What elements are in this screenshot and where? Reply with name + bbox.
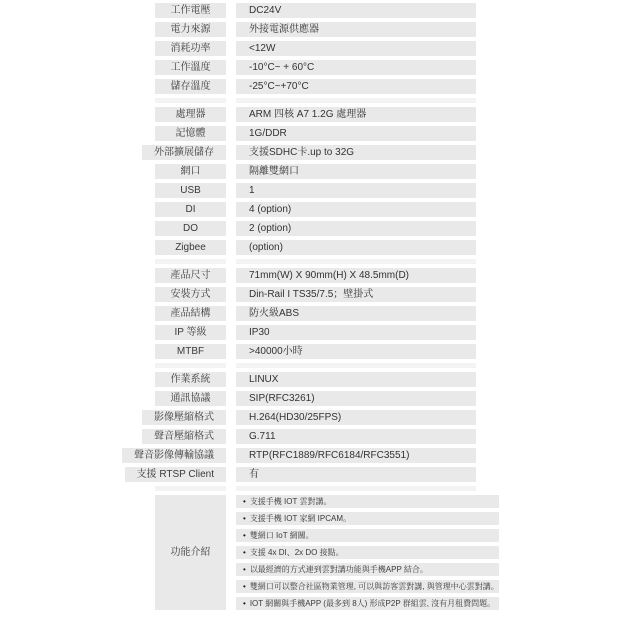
spec-row: MTBF>40000小時 <box>122 344 476 359</box>
spec-value: 2 (option) <box>236 221 476 236</box>
spec-value: Din-Rail I TS35/7.5；壁掛式 <box>236 287 476 302</box>
spec-value: SIP(RFC3261) <box>236 391 476 406</box>
section-divider-row <box>122 363 476 368</box>
spec-row: 作業系統LINUX <box>122 372 476 387</box>
spec-label: 產品尺寸 <box>155 268 226 283</box>
spec-row: Zigbee(option) <box>122 240 476 255</box>
spec-value: H.264(HD30/25FPS) <box>236 410 476 425</box>
spec-value: (option) <box>236 240 476 255</box>
spec-row: 聲音壓縮格式G.711 <box>122 429 476 444</box>
spec-label <box>155 98 226 103</box>
spec-value <box>236 98 476 103</box>
spec-row: DO2 (option) <box>122 221 476 236</box>
spec-row: 記憶體1G/DDR <box>122 126 476 141</box>
spec-value: 支援SDHC卡.up to 32G <box>236 145 476 160</box>
feature-bullet-text: 支援手機 IOT 家網 IPCAM。 <box>250 512 351 525</box>
spec-value: 防火級ABS <box>236 306 476 321</box>
spec-label <box>155 259 226 264</box>
spec-label-column <box>122 259 226 264</box>
spec-label-column: DI <box>122 202 226 217</box>
spec-row: 外部擴展儲存支援SDHC卡.up to 32G <box>122 145 476 160</box>
spec-label-column: 作業系統 <box>122 372 226 387</box>
bullet-icon: • <box>243 529 246 542</box>
spec-label-column: 產品結構 <box>122 306 226 321</box>
spec-label: 網口 <box>155 164 226 179</box>
features-row: 功能介紹•支援手機 IOT 雲對講。•支援手機 IOT 家網 IPCAM。•雙網… <box>122 495 476 610</box>
spec-label: USB <box>155 183 226 198</box>
spec-value: -25°C~+70°C <box>236 79 476 94</box>
spec-value <box>236 363 476 368</box>
spec-value <box>236 486 476 491</box>
spec-label: IP 等級 <box>155 325 226 340</box>
spec-row: 通訊協議SIP(RFC3261) <box>122 391 476 406</box>
feature-bullet: •IOT 網關與手機APP (最多到 8人) 形成P2P 群組雲, 沒有月租費問… <box>236 597 499 610</box>
section-divider-row <box>122 98 476 103</box>
spec-label-column <box>122 98 226 103</box>
spec-label-column: 聲音壓縮格式 <box>122 429 226 444</box>
spec-label-column: 產品尺寸 <box>122 268 226 283</box>
features-bullet-list: •支援手機 IOT 雲對講。•支援手機 IOT 家網 IPCAM。•雙網口 Io… <box>236 495 499 610</box>
spec-row: 安裝方式Din-Rail I TS35/7.5；壁掛式 <box>122 287 476 302</box>
feature-bullet: •支援手機 IOT 家網 IPCAM。 <box>236 512 499 525</box>
spec-row: 網口隔離雙網口 <box>122 164 476 179</box>
spec-label: 聲音影像傳輸協議 <box>122 448 226 463</box>
spec-value: RTP(RFC1889/RFC6184/RFC3551) <box>236 448 476 463</box>
spec-label-column: 儲存溫度 <box>122 79 226 94</box>
spec-value: ARM 四核 A7 1.2G 處理器 <box>236 107 476 122</box>
spec-label: 處理器 <box>155 107 226 122</box>
spec-label-column: 影像壓縮格式 <box>122 410 226 425</box>
spec-label: MTBF <box>155 344 226 359</box>
spec-label: 記憶體 <box>155 126 226 141</box>
spec-value <box>236 259 476 264</box>
spec-label-column: 支援 RTSP Client <box>122 467 226 482</box>
spec-label: 作業系統 <box>155 372 226 387</box>
spec-label-column <box>122 486 226 491</box>
spec-row: 處理器ARM 四核 A7 1.2G 處理器 <box>122 107 476 122</box>
spec-row: 電力來源外接電源供應器 <box>122 22 476 37</box>
spec-value: 4 (option) <box>236 202 476 217</box>
spec-label-column: 處理器 <box>122 107 226 122</box>
spec-label-column: DO <box>122 221 226 236</box>
spec-label-column: 安裝方式 <box>122 287 226 302</box>
spec-label-column: Zigbee <box>122 240 226 255</box>
features-label: 功能介紹 <box>155 495 226 610</box>
spec-row: IP 等級IP30 <box>122 325 476 340</box>
spec-label: Zigbee <box>155 240 226 255</box>
spec-value: <12W <box>236 41 476 56</box>
spec-value: 有 <box>236 467 476 482</box>
spec-value: 71mm(W) X 90mm(H) X 48.5mm(D) <box>236 268 476 283</box>
spec-label: 工作電壓 <box>155 3 226 18</box>
feature-bullet-text: 支援手機 IOT 雲對講。 <box>250 495 332 508</box>
spec-label: 通訊協議 <box>155 391 226 406</box>
bullet-icon: • <box>243 563 246 576</box>
feature-bullet-text: 雙網口可以整合社區物業管理, 可以與訪客雲對講, 與管理中心雲對講。 <box>250 580 499 593</box>
spec-label-column: IP 等級 <box>122 325 226 340</box>
spec-value: DC24V <box>236 3 476 18</box>
spec-label: 安裝方式 <box>155 287 226 302</box>
bullet-icon: • <box>243 512 246 525</box>
spec-label-column: 聲音影像傳輸協議 <box>122 448 226 463</box>
bullet-icon: • <box>243 580 246 593</box>
spec-label: DI <box>155 202 226 217</box>
spec-label-column: 電力來源 <box>122 22 226 37</box>
feature-bullet: •支援 4x DI、2x DO 接點。 <box>236 546 499 559</box>
spec-table: 工作電壓DC24V電力來源外接電源供應器消耗功率<12W工作溫度-10°C~ +… <box>122 3 476 610</box>
spec-row: 影像壓縮格式H.264(HD30/25FPS) <box>122 410 476 425</box>
spec-value: IP30 <box>236 325 476 340</box>
spec-value: -10°C~ + 60°C <box>236 60 476 75</box>
spec-label-column: 工作溫度 <box>122 60 226 75</box>
spec-label <box>155 363 226 368</box>
feature-bullet-text: IOT 網關與手機APP (最多到 8人) 形成P2P 群組雲, 沒有月租費問題… <box>250 597 495 610</box>
spec-label: 外部擴展儲存 <box>142 145 226 160</box>
spec-label: 支援 RTSP Client <box>125 467 226 482</box>
feature-bullet-text: 雙網口 IoT 網關。 <box>250 529 314 542</box>
spec-value: 隔離雙網口 <box>236 164 476 179</box>
spec-label: 電力來源 <box>155 22 226 37</box>
spec-row: 工作電壓DC24V <box>122 3 476 18</box>
spec-label <box>155 486 226 491</box>
feature-bullet-text: 支援 4x DI、2x DO 接點。 <box>250 546 344 559</box>
spec-value: 1G/DDR <box>236 126 476 141</box>
spec-label-column: 通訊協議 <box>122 391 226 406</box>
spec-label-column: USB <box>122 183 226 198</box>
spec-row: 產品結構防火級ABS <box>122 306 476 321</box>
spec-label: 產品結構 <box>155 306 226 321</box>
section-divider-row <box>122 259 476 264</box>
spec-label: 聲音壓縮格式 <box>142 429 226 444</box>
bullet-icon: • <box>243 597 246 610</box>
spec-label: DO <box>155 221 226 236</box>
spec-label-column: 消耗功率 <box>122 41 226 56</box>
spec-row: 聲音影像傳輸協議RTP(RFC1889/RFC6184/RFC3551) <box>122 448 476 463</box>
spec-label: 影像壓縮格式 <box>142 410 226 425</box>
feature-bullet-text: 以最經濟的方式連到雲對講功能與手機APP 結合。 <box>250 563 428 576</box>
spec-row: 支援 RTSP Client有 <box>122 467 476 482</box>
spec-label-column: 工作電壓 <box>122 3 226 18</box>
spec-label-column: 網口 <box>122 164 226 179</box>
spec-value: >40000小時 <box>236 344 476 359</box>
spec-label-column: 記憶體 <box>122 126 226 141</box>
spec-value: LINUX <box>236 372 476 387</box>
feature-bullet: •支援手機 IOT 雲對講。 <box>236 495 499 508</box>
feature-bullet: •雙網口 IoT 網關。 <box>236 529 499 542</box>
feature-bullet: •雙網口可以整合社區物業管理, 可以與訪客雲對講, 與管理中心雲對講。 <box>236 580 499 593</box>
spec-label: 儲存溫度 <box>155 79 226 94</box>
spec-value: 外接電源供應器 <box>236 22 476 37</box>
section-divider-row <box>122 486 476 491</box>
spec-value: G.711 <box>236 429 476 444</box>
spec-label-column: MTBF <box>122 344 226 359</box>
spec-label: 工作溫度 <box>155 60 226 75</box>
spec-row: DI4 (option) <box>122 202 476 217</box>
spec-row: 消耗功率<12W <box>122 41 476 56</box>
spec-value: 1 <box>236 183 476 198</box>
features-label-column: 功能介紹 <box>122 495 226 610</box>
spec-row: USB1 <box>122 183 476 198</box>
spec-row: 儲存溫度-25°C~+70°C <box>122 79 476 94</box>
spec-row: 產品尺寸71mm(W) X 90mm(H) X 48.5mm(D) <box>122 268 476 283</box>
spec-row: 工作溫度-10°C~ + 60°C <box>122 60 476 75</box>
spec-label: 消耗功率 <box>155 41 226 56</box>
bullet-icon: • <box>243 495 246 508</box>
spec-label-column <box>122 363 226 368</box>
spec-label-column: 外部擴展儲存 <box>122 145 226 160</box>
feature-bullet: •以最經濟的方式連到雲對講功能與手機APP 結合。 <box>236 563 499 576</box>
bullet-icon: • <box>243 546 246 559</box>
